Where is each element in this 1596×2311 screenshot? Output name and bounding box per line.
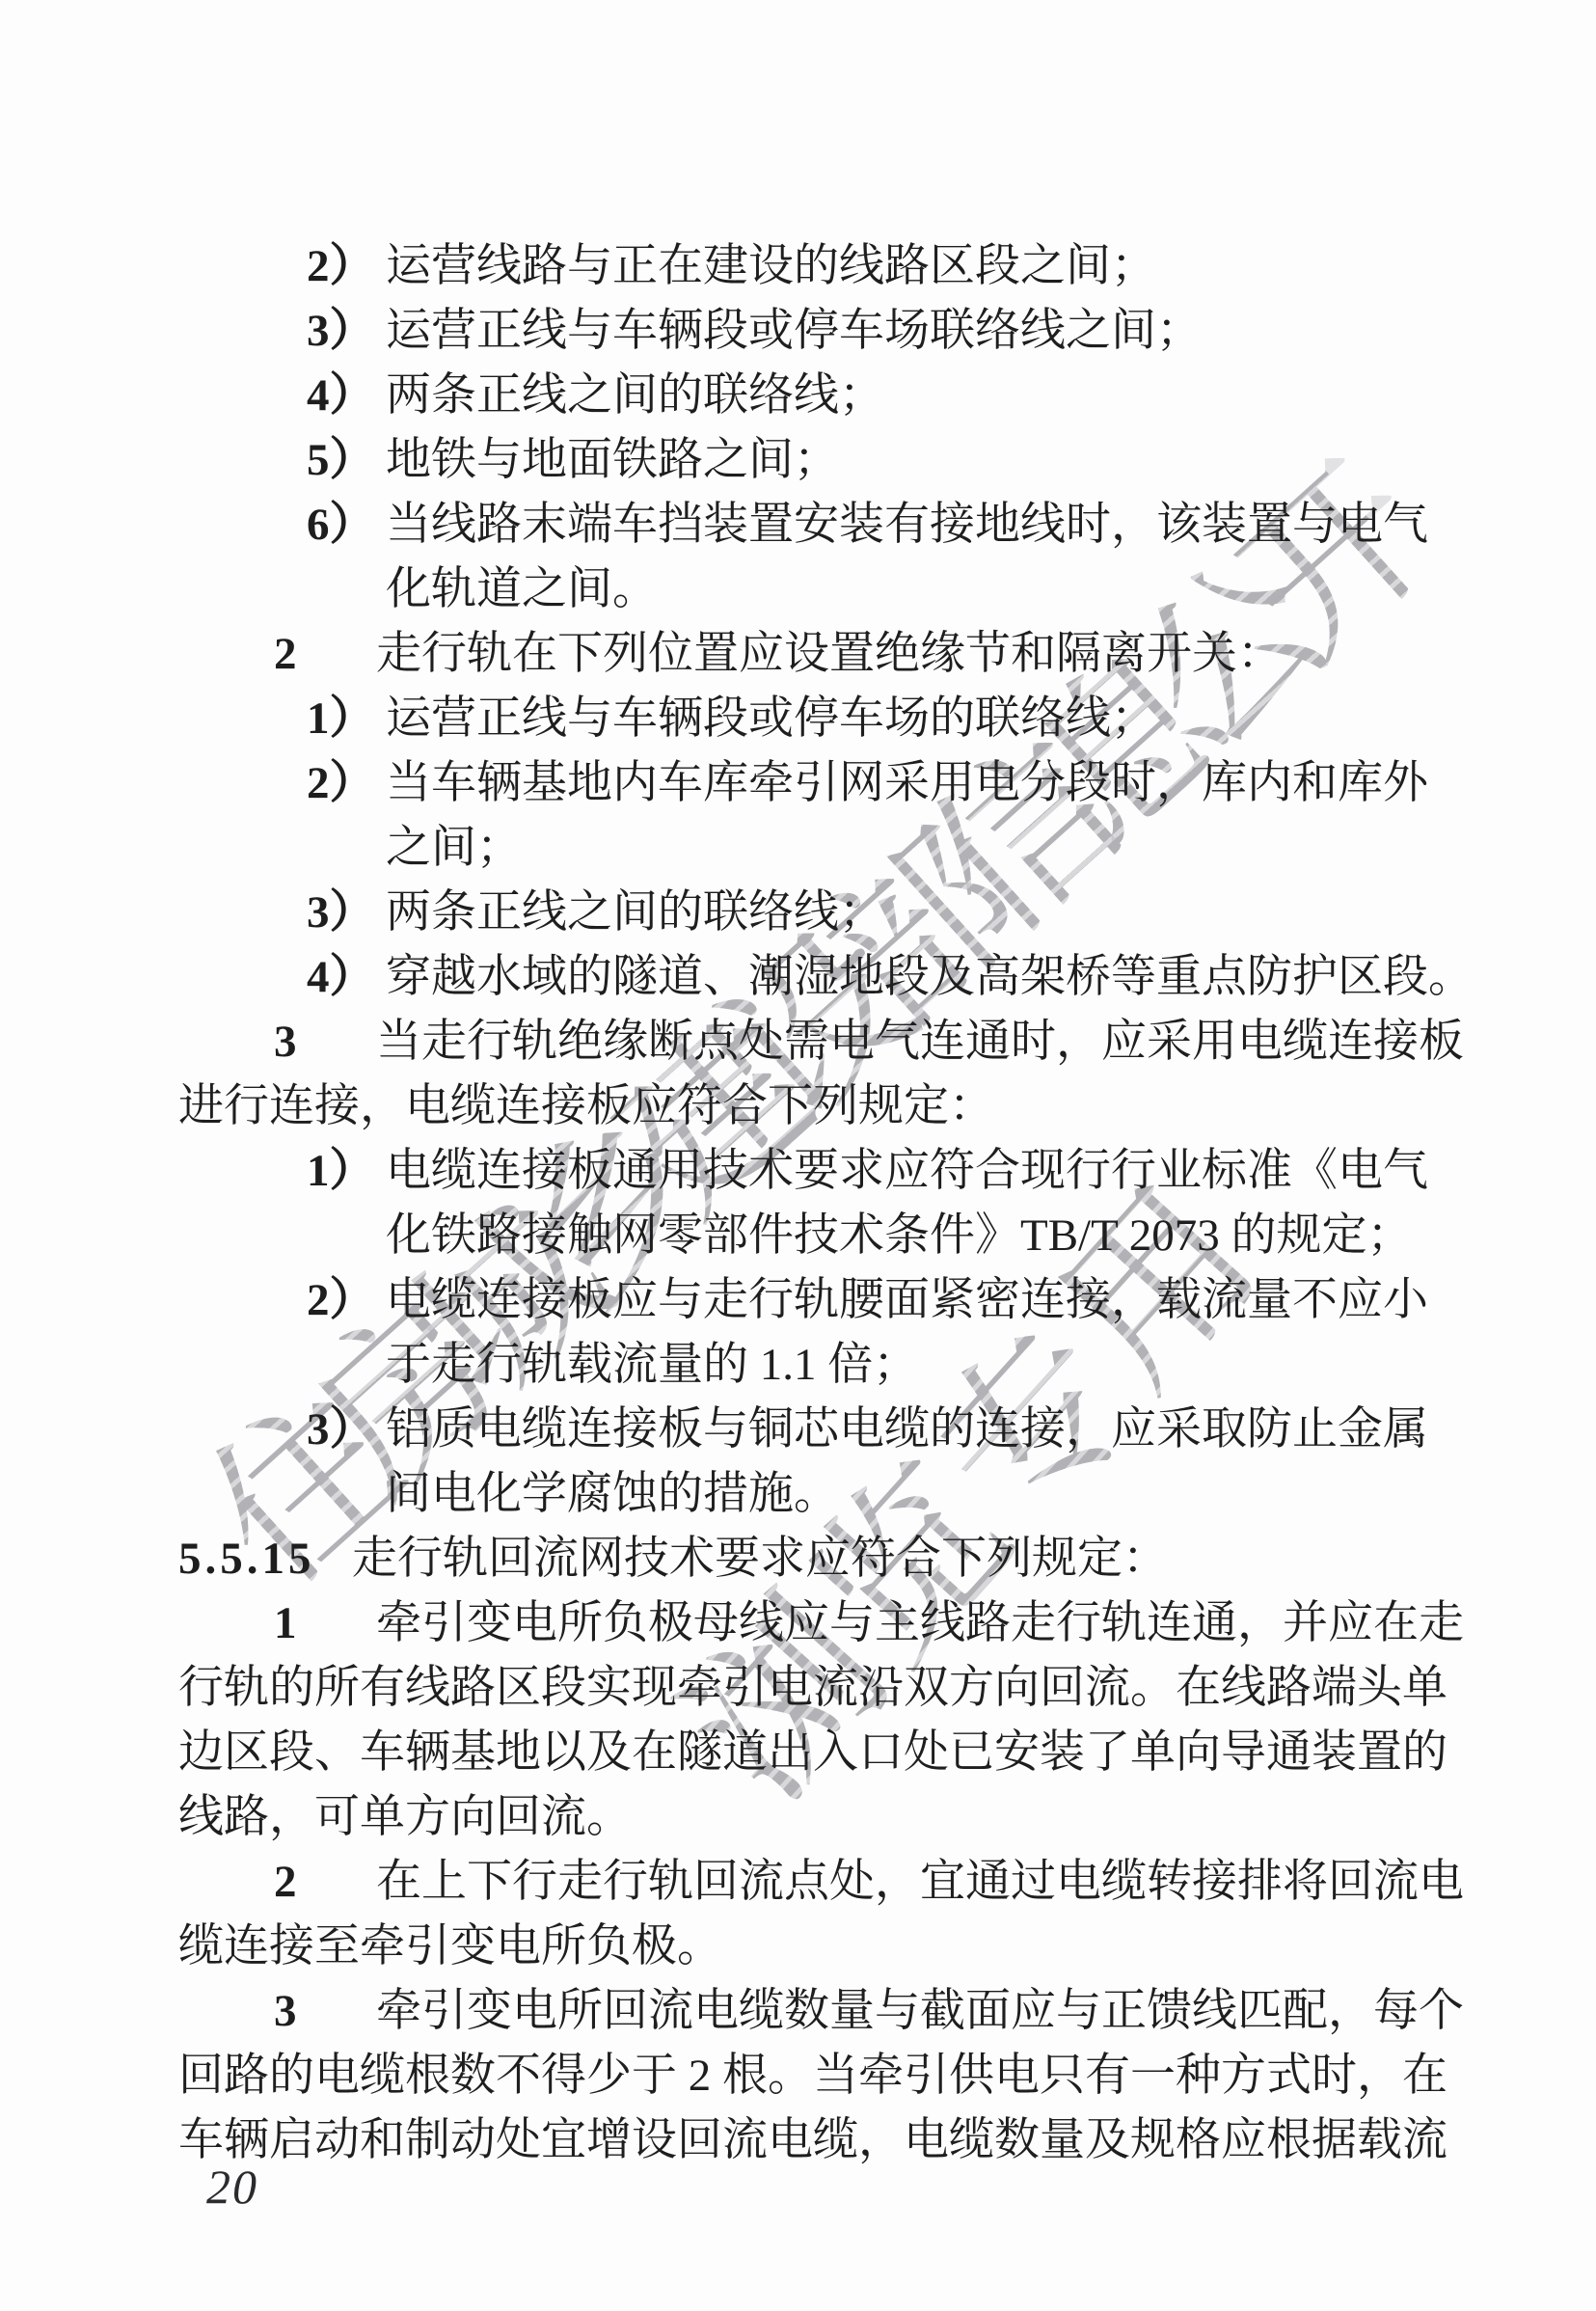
text-line: 3牵引变电所回流电缆数量与截面应与正馈线匹配，每个 — [274, 1979, 1471, 2044]
line-text: 地铁与地面铁路之间； — [386, 435, 839, 485]
line-text: 运营线路与正在建设的线路区段之间； — [386, 241, 1156, 291]
line-text: 化轨道之间。 — [386, 564, 658, 614]
item-number: 2） — [307, 1268, 386, 1333]
item-number: 2） — [307, 234, 386, 299]
text-line: 车辆启动和制动处宜增设回流电缆，电缆数量及规格应根据载流 — [178, 2108, 1471, 2173]
text-line: 5.5.15走行轨回流网技术要求应符合下列规定： — [178, 1527, 1471, 1591]
text-line: 回路的电缆根数不得少于 2 根。当牵引供电只有一种方式时，在 — [178, 2044, 1471, 2108]
line-text: 电缆连接板应与走行轨腰面紧密连接，载流量不应小 — [386, 1275, 1428, 1325]
line-text: 铝质电缆连接板与铜芯电缆的连接，应采取防止金属 — [386, 1404, 1428, 1455]
text-line: 化轨道之间。 — [386, 557, 1471, 622]
text-line: 行轨的所有线路区段实现牵引电流沿双方向回流。在线路端头单 — [178, 1656, 1471, 1721]
line-text: 走行轨在下列位置应设置绝缘节和隔离开关： — [376, 629, 1283, 679]
text-line: 间电化学腐蚀的措施。 — [386, 1462, 1471, 1527]
text-line: 2）运营线路与正在建设的线路区段之间； — [307, 234, 1471, 299]
line-text: 牵引变电所回流电缆数量与截面应与正馈线匹配，每个 — [376, 1986, 1464, 2036]
item-number: 3 — [274, 1979, 376, 2044]
item-number: 6） — [307, 493, 386, 557]
line-text: 车辆启动和制动处宜增设回流电缆，电缆数量及规格应根据载流 — [178, 2115, 1447, 2165]
text-line: 3）铝质电缆连接板与铜芯电缆的连接，应采取防止金属 — [307, 1398, 1471, 1462]
text-line: 2在上下行走行轨回流点处，宜通过电缆转接排将回流电 — [274, 1850, 1471, 1915]
line-text: 两条正线之间的联络线； — [386, 887, 884, 938]
text-line: 2走行轨在下列位置应设置绝缘节和隔离开关： — [274, 622, 1471, 687]
line-text: 进行连接，电缆连接板应符合下列规定： — [178, 1081, 994, 1131]
text-line: 之间； — [386, 816, 1471, 881]
line-text: 在上下行走行轨回流点处，宜通过电缆转接排将回流电 — [376, 1857, 1464, 1907]
text-line: 线路，可单方向回流。 — [178, 1785, 1471, 1850]
item-number: 4） — [307, 945, 386, 1010]
line-text: 边区段、车辆基地以及在隧道出入口处已安装了单向导通装置的 — [178, 1727, 1447, 1778]
line-text: 运营正线与车辆段或停车场联络线之间； — [386, 306, 1202, 356]
item-number: 4） — [307, 364, 386, 428]
item-number: 2） — [307, 751, 386, 816]
text-line: 边区段、车辆基地以及在隧道出入口处已安装了单向导通装置的 — [178, 1721, 1471, 1785]
text-line: 4）两条正线之间的联络线； — [307, 364, 1471, 428]
text-line: 缆连接至牵引变电所负极。 — [178, 1915, 1471, 1979]
page-number: 20 — [206, 2159, 258, 2215]
text-line: 1牵引变电所负极母线应与主线路走行轨连通，并应在走 — [274, 1591, 1471, 1656]
line-text: 之间； — [386, 823, 522, 873]
line-text: 间电化学腐蚀的措施。 — [386, 1469, 839, 1519]
line-text: 走行轨回流网技术要求应符合下列规定： — [352, 1534, 1168, 1584]
line-text: 化铁路接触网零部件技术条件》TB/T 2073 的规定； — [386, 1210, 1412, 1261]
text-line: 于走行轨载流量的 1.1 倍； — [386, 1333, 1471, 1398]
item-number: 2 — [274, 622, 376, 687]
text-line: 3）运营正线与车辆段或停车场联络线之间； — [307, 299, 1471, 364]
line-text: 当线路末端车挡装置安装有接地线时，该装置与电气 — [386, 500, 1428, 550]
text-line: 5）地铁与地面铁路之间； — [307, 428, 1471, 493]
item-number: 2 — [274, 1850, 376, 1915]
line-text: 牵引变电所负极母线应与主线路走行轨连通，并应在走 — [376, 1598, 1464, 1648]
item-number: 1） — [307, 687, 386, 751]
text-line: 1）电缆连接板通用技术要求应符合现行行业标准《电气 — [307, 1139, 1471, 1204]
line-text: 运营正线与车辆段或停车场的联络线； — [386, 693, 1156, 744]
text-line: 3）两条正线之间的联络线； — [307, 881, 1471, 945]
text-line: 4）穿越水域的隧道、潮湿地段及高架桥等重点防护区段。 — [307, 945, 1471, 1010]
document-body: 2）运营线路与正在建设的线路区段之间；3）运营正线与车辆段或停车场联络线之间；4… — [178, 234, 1471, 2173]
document-page: 住房城乡建设部信息公开 浏览专用 2）运营线路与正在建设的线路区段之间；3）运营… — [0, 0, 1596, 2311]
text-line: 2）当车辆基地内车库牵引网采用电分段时，库内和库外 — [307, 751, 1471, 816]
item-number: 3） — [307, 881, 386, 945]
item-number: 3） — [307, 299, 386, 364]
item-number: 3） — [307, 1398, 386, 1462]
line-text: 电缆连接板通用技术要求应符合现行行业标准《电气 — [386, 1146, 1428, 1196]
line-text: 线路，可单方向回流。 — [178, 1792, 632, 1842]
item-number: 5） — [307, 428, 386, 493]
text-line: 1）运营正线与车辆段或停车场的联络线； — [307, 687, 1471, 751]
item-number: 5.5.15 — [178, 1527, 352, 1591]
text-line: 化铁路接触网零部件技术条件》TB/T 2073 的规定； — [386, 1204, 1471, 1268]
line-text: 当走行轨绝缘断点处需电气连通时，应采用电缆连接板 — [376, 1017, 1464, 1067]
line-text: 缆连接至牵引变电所负极。 — [178, 1921, 722, 1971]
text-line: 6）当线路末端车挡装置安装有接地线时，该装置与电气 — [307, 493, 1471, 557]
line-text: 穿越水域的隧道、潮湿地段及高架桥等重点防护区段。 — [386, 952, 1474, 1002]
item-number: 1 — [274, 1591, 376, 1656]
text-line: 3当走行轨绝缘断点处需电气连通时，应采用电缆连接板 — [274, 1010, 1471, 1074]
item-number: 3 — [274, 1010, 376, 1074]
line-text: 于走行轨载流量的 1.1 倍； — [386, 1340, 918, 1390]
line-text: 两条正线之间的联络线； — [386, 370, 884, 421]
line-text: 回路的电缆根数不得少于 2 根。当牵引供电只有一种方式时，在 — [178, 2051, 1447, 2101]
line-text: 行轨的所有线路区段实现牵引电流沿双方向回流。在线路端头单 — [178, 1663, 1447, 1713]
item-number: 1） — [307, 1139, 386, 1204]
line-text: 当车辆基地内车库牵引网采用电分段时，库内和库外 — [386, 758, 1428, 808]
text-line: 2）电缆连接板应与走行轨腰面紧密连接，载流量不应小 — [307, 1268, 1471, 1333]
text-line: 进行连接，电缆连接板应符合下列规定： — [178, 1074, 1471, 1139]
